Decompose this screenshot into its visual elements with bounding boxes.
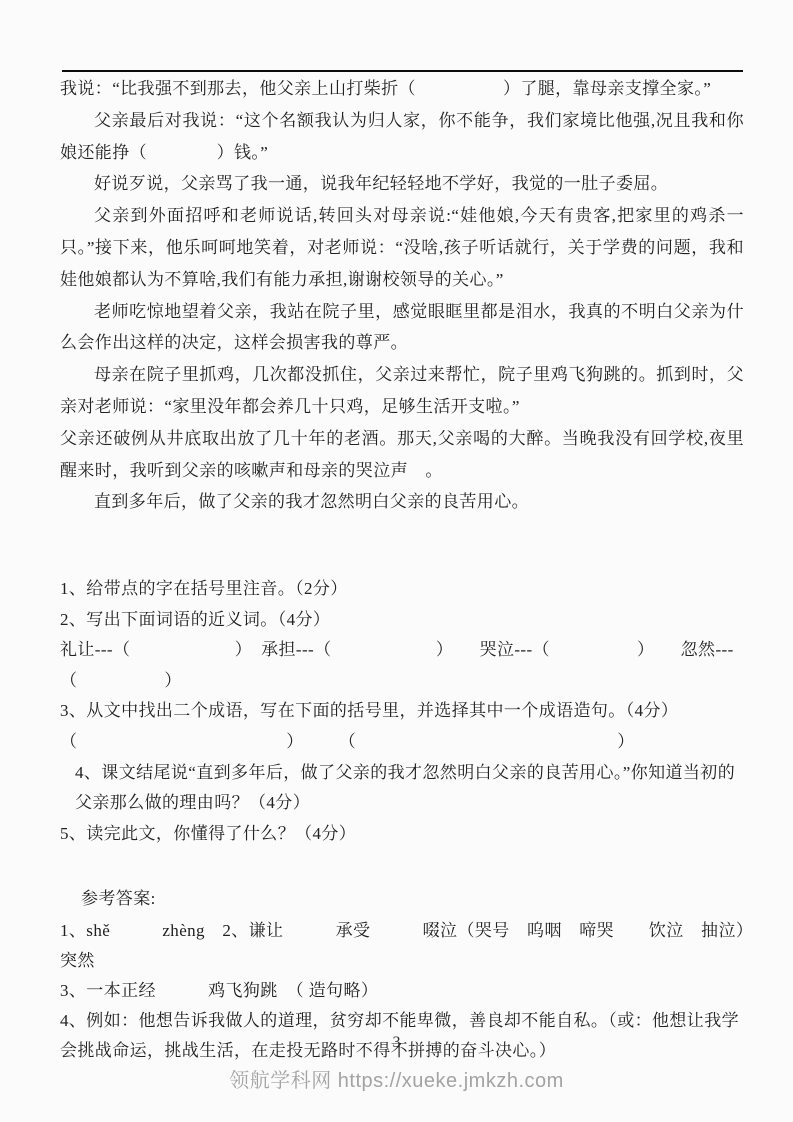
answer-key-heading: 参考答案: bbox=[60, 884, 750, 914]
passage-paragraph: 直到多年后，做了父亲的我才忽然明白父亲的良苦用心。 bbox=[60, 486, 744, 518]
passage-paragraph: 父亲还破例从井底取出放了几十年的老酒。那天,父亲喝的大醉。当晚我没有回学校,夜里… bbox=[60, 423, 744, 487]
answer-item-3: 3、一本正经 鸡飞狗跳 （ 造句略） bbox=[60, 976, 750, 1006]
question-3-idiom-blanks: （ ） （ ） bbox=[60, 727, 750, 758]
page-number: 3 bbox=[0, 1034, 793, 1052]
answer-item-1-2: 1、shě zhèng 2、谦让 承受 啜泣（哭号 呜咽 啼哭 饮泣 抽泣） 突… bbox=[60, 916, 750, 976]
question-4: 4、课文结尾说“直到多年后，做了父亲的我才忽然明白父亲的良苦用心。”你知道当初的… bbox=[60, 758, 750, 819]
question-2: 2、写出下面词语的近义词。（4分） bbox=[60, 605, 750, 636]
question-2-synonym-blank-continued: （ ） bbox=[60, 666, 750, 697]
passage-paragraph: 母亲在院子里抓鸡，几次都没抓住，父亲过来帮忙，院子里鸡飞狗跳的。抓到时，父亲对老… bbox=[60, 359, 744, 423]
passage-paragraph: 好说歹说，父亲骂了我一通，说我年纪轻轻地不学好，我觉的一肚子委屈。 bbox=[60, 168, 744, 200]
passage-paragraph: 父亲最后对我说：“这个名额我认为归人家，你不能争，我们家境比他强,况且我和你娘还… bbox=[60, 105, 744, 169]
reading-passage: 我说：“比我强不到那去，他父亲上山打柴折（ ）了腿，靠母亲支撑全家。” 父亲最后… bbox=[60, 73, 744, 518]
passage-paragraph: 老师吃惊地望着父亲，我站在院子里，感觉眼眶里都是泪水，我真的不明白父亲为什么会作… bbox=[60, 296, 744, 360]
header-rule-divider bbox=[62, 70, 743, 72]
passage-paragraph: 我说：“比我强不到那去，他父亲上山打柴折（ ）了腿，靠母亲支撑全家。” bbox=[60, 73, 744, 105]
site-watermark: 领航学科网 https://xueke.jmkzh.com bbox=[0, 1064, 793, 1093]
passage-paragraph: 父亲到外面招呼和老师说话,转回头对母亲说:“娃他娘,今天有贵客,把家里的鸡杀一只… bbox=[60, 200, 744, 295]
question-5: 5、读完此文，你懂得了什么？（4分） bbox=[60, 819, 750, 850]
question-2-synonym-blanks: 礼让---（ ） 承担---（ ） 哭泣---（ ） 忽然--- bbox=[60, 635, 750, 666]
question-1: 1、给带点的字在括号里注音。（2分） bbox=[60, 574, 750, 605]
questions-section: 1、给带点的字在括号里注音。（2分） 2、写出下面词语的近义词。（4分） 礼让-… bbox=[60, 574, 750, 849]
question-3: 3、从文中找出二个成语，写在下面的括号里，并选择其中一个成语造句。（4分） bbox=[60, 696, 750, 727]
